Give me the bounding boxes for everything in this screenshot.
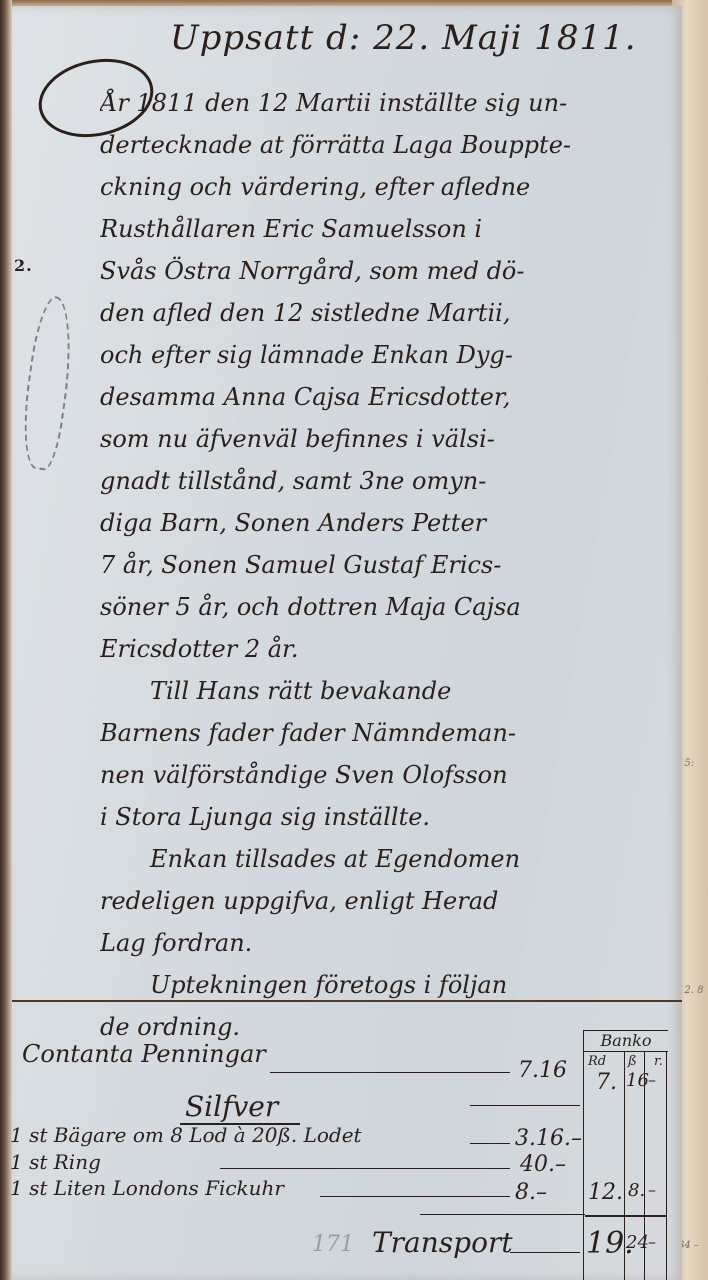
page-heading: Uppsatt d: 22. Maji 1811. <box>170 18 637 58</box>
section-divider <box>12 1000 682 1002</box>
text-line: År 1811 den 12 Martii inställte sig un- <box>100 82 690 124</box>
transport-r: – <box>648 1232 656 1251</box>
text-line: och efter sig lämnade Enkan Dyg- <box>100 334 690 376</box>
ledger-entry-label: Contanta Penningar <box>22 1040 266 1068</box>
leader-line <box>470 1105 580 1106</box>
margin-note: 2. <box>14 256 33 275</box>
text-line: den afled den 12 sistledne Martii, <box>100 292 690 334</box>
banko-r: – <box>648 1070 656 1089</box>
banko-header: Banko <box>584 1030 668 1052</box>
banko-column: Banko Rd ß r. 7. 16 – 12. 8. – 19. 24 – <box>583 1030 668 1280</box>
body-text: År 1811 den 12 Martii inställte sig un- … <box>100 82 690 1048</box>
book-spine-edge <box>0 0 12 1280</box>
text-line: gnadt tillstånd, samt 3ne omyn- <box>100 460 690 502</box>
banko-rd: 7. <box>596 1070 617 1095</box>
text-line: ckning och värdering, efter afledne <box>100 166 690 208</box>
ledger-entry-label: 1 st Bägare om 8 Lod à 20ß. Lodet <box>10 1123 362 1147</box>
text-line: Rusthållaren Eric Samuelsson i <box>100 208 690 250</box>
text-line: Lag fordran. <box>100 922 690 964</box>
leader-line <box>510 1252 580 1253</box>
text-line: dertecknade at förrätta Laga Bouppte- <box>100 124 690 166</box>
ledger-entry-label: 1 st Ring <box>10 1150 101 1174</box>
ledger-amount: 7.16 <box>518 1058 567 1083</box>
banko-subheader: Rd <box>588 1054 606 1069</box>
text-line: som nu äfvenväl befinnes i välsi- <box>100 418 690 460</box>
section-heading-silver: Silfver <box>185 1090 278 1123</box>
banko-subheader: ß <box>628 1054 637 1069</box>
column-rule <box>666 1052 667 1280</box>
text-line: 7 år, Sonen Samuel Gustaf Erics- <box>100 544 690 586</box>
sum-rule-left <box>420 1214 585 1215</box>
text-line: diga Barn, Sonen Anders Petter <box>100 502 690 544</box>
sum-rule <box>585 1215 667 1217</box>
leader-line <box>470 1143 510 1144</box>
leader-line <box>220 1168 510 1169</box>
transport-sk: 24 <box>626 1232 649 1253</box>
faint-page-number: 171 <box>312 1232 354 1257</box>
text-line: redeligen uppgifva, enligt Herad <box>100 880 690 922</box>
ledger-amount: 8.– <box>515 1180 547 1205</box>
text-line: Barnens fader fader Nämndeman- <box>100 712 690 754</box>
leader-line <box>270 1072 510 1073</box>
banko-subheader: r. <box>654 1054 663 1069</box>
text-line: söner 5 år, och dottren Maja Cajsa <box>100 586 690 628</box>
banko-rd: 12. <box>588 1180 623 1205</box>
banko-sk: 8. <box>628 1180 645 1201</box>
text-line: Svås Östra Norrgård, som med dö- <box>100 250 690 292</box>
ledger-amount: 40.– <box>520 1152 566 1177</box>
banko-sk: 16 <box>626 1070 649 1091</box>
ledger-entry-label: 1 st Liten Londons Fickuhr <box>10 1176 284 1200</box>
text-line: Till Hans rätt bevakande <box>100 670 690 712</box>
text-line: i Stora Ljunga sig inställte. <box>100 796 690 838</box>
text-line: desamma Anna Cajsa Ericsdotter, <box>100 376 690 418</box>
ledger-amount: 3.16.– <box>515 1126 582 1151</box>
text-line: Enkan tillsades at Egendomen <box>100 838 690 880</box>
banko-r: – <box>648 1180 656 1199</box>
leader-line <box>320 1196 510 1197</box>
text-line: nen välförståndige Sven Olofsson <box>100 754 690 796</box>
text-line: Ericsdotter 2 år. <box>100 628 690 670</box>
transport-label: Transport <box>372 1226 513 1259</box>
